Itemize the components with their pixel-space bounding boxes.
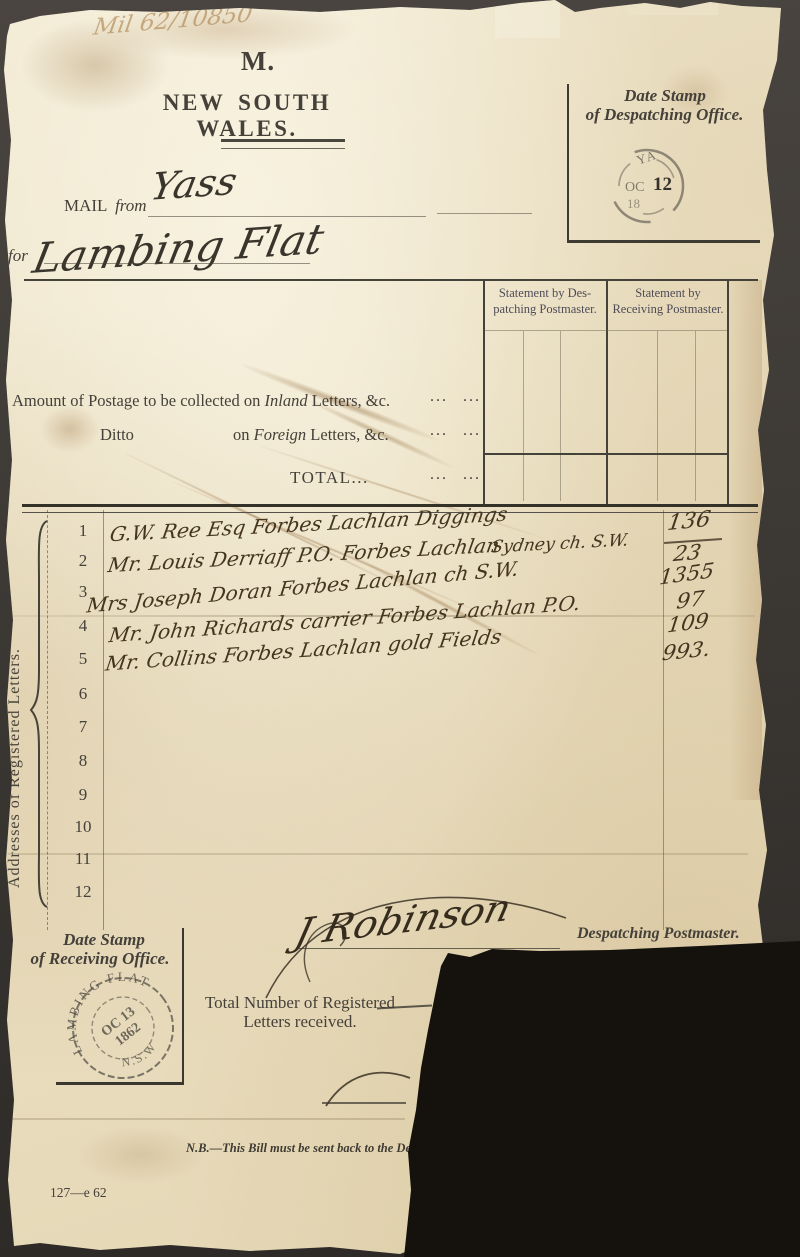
stmt-subcol [560, 331, 561, 501]
leader-dots: ... [430, 388, 448, 406]
stmt-subcol [695, 331, 696, 501]
stmt-vline-mid [606, 280, 608, 505]
crease-line [10, 1118, 405, 1120]
nb-note: N.B.—This Bill must be sent back to the … [186, 1141, 432, 1156]
from-underline-2 [437, 213, 532, 214]
entry-value: 1355 [658, 558, 715, 589]
stmt-header-underline [485, 330, 727, 331]
for-underline [44, 263, 310, 264]
page-title: NEW SOUTH WALES. [118, 90, 376, 142]
mail-for-label: for [8, 246, 28, 266]
ditto-label: Ditto [100, 425, 134, 445]
entry-value: 136 [666, 507, 712, 536]
crease-line [8, 853, 748, 855]
stmt-recv-line1: Statement by [609, 286, 727, 302]
stmt-subcol [523, 331, 524, 501]
row-number-6: 6 [67, 684, 99, 704]
form-number: 127—e 62 [50, 1185, 107, 1201]
tape-fragment [495, 0, 560, 38]
row-number-2: 2 [67, 551, 99, 571]
despatch-box-label: Date Stamp [579, 86, 751, 106]
registered-entry-continued: Sydney ch. S.W. [490, 530, 630, 557]
top-annotation: Mil 62/10850 [92, 1, 255, 40]
signature-underline [298, 948, 560, 949]
list-vline-numbers [103, 510, 104, 930]
stmt-recv-line2: Receiving Postmaster. [609, 302, 727, 318]
section-rule [24, 279, 758, 281]
foreign-post: Letters, &c. [306, 425, 388, 444]
leader-dots: ... [430, 466, 448, 484]
row-number-5: 5 [67, 649, 99, 669]
foreign-row-label: on Foreign Letters, &c. [233, 425, 389, 445]
from-word: from [115, 196, 147, 215]
despatch-box-label-2: of Despatching Office. [569, 105, 760, 125]
stain [728, 280, 762, 800]
stmt-desp-line2: patching Postmaster. [484, 302, 606, 318]
svg-text:18: 18 [627, 196, 640, 211]
inland-word: Inland [265, 391, 308, 410]
inland-pre: Amount of Postage to be collected on [12, 391, 265, 410]
row-number-8: 8 [67, 751, 99, 771]
foreign-pre: on [233, 425, 254, 444]
total-label: TOTAL... [290, 468, 369, 488]
stmt-subcol [657, 331, 658, 501]
inland-row-label: Amount of Postage to be collected on Inl… [12, 391, 390, 411]
foreign-word: Foreign [254, 425, 307, 444]
entry-value: 109 [666, 609, 710, 638]
stain [40, 405, 100, 453]
leader-dots: ... [430, 422, 448, 440]
registered-side-label: Addresses of Registered Letters. [6, 552, 24, 888]
row-number-1: 1 [67, 521, 99, 541]
row-number-7: 7 [67, 717, 99, 737]
row-number-10: 10 [67, 817, 99, 837]
row-number-4: 4 [67, 616, 99, 636]
svg-text:OC: OC [625, 180, 644, 195]
leader-dots: ... [463, 388, 481, 406]
document-photo: Mil 62/10850 M. NEW SOUTH WALES. Date St… [0, 0, 800, 1257]
total-registered-label: Total Number of Registered [193, 993, 407, 1013]
row-number-11: 11 [67, 849, 99, 869]
stmt-vline-right [727, 280, 729, 505]
total-registered-label-2: Letters received. [193, 1012, 407, 1032]
form-letter: M. [228, 46, 288, 77]
yass-postmark: YA OC 12 18 [597, 136, 697, 236]
flourish-underline [322, 1102, 406, 1104]
stmt-total-rule [483, 453, 729, 455]
leader-dots: ... [463, 466, 481, 484]
title-rule [221, 139, 345, 149]
stmt-header-receiving: Statement by Receiving Postmaster. [609, 286, 727, 317]
mail-from-label: MAIL from [64, 196, 147, 216]
stmt-header-despatching: Statement by Des- patching Postmaster. [484, 286, 606, 317]
svg-text:12: 12 [653, 174, 672, 195]
entry-value: 993. [661, 637, 712, 666]
tape-fragment [628, 0, 718, 15]
mail-caps: MAIL [64, 196, 107, 215]
despatching-postmaster-label: Despatching Postmaster. [577, 925, 747, 943]
row-number-12: 12 [67, 882, 99, 902]
receiving-box-label: Date Stamp [38, 930, 170, 950]
stmt-desp-line1: Statement by Des- [484, 286, 606, 302]
registered-brace [28, 519, 50, 909]
despatch-stamp-box: Date Stamp of Despatching Office. YA OC … [567, 84, 760, 243]
leader-dots: ... [463, 422, 481, 440]
mail-from-value: Yass [147, 159, 241, 209]
inland-post: Letters, &c. [308, 391, 390, 410]
mail-for-value: Lambing Flat [29, 214, 328, 283]
row-number-9: 9 [67, 785, 99, 805]
